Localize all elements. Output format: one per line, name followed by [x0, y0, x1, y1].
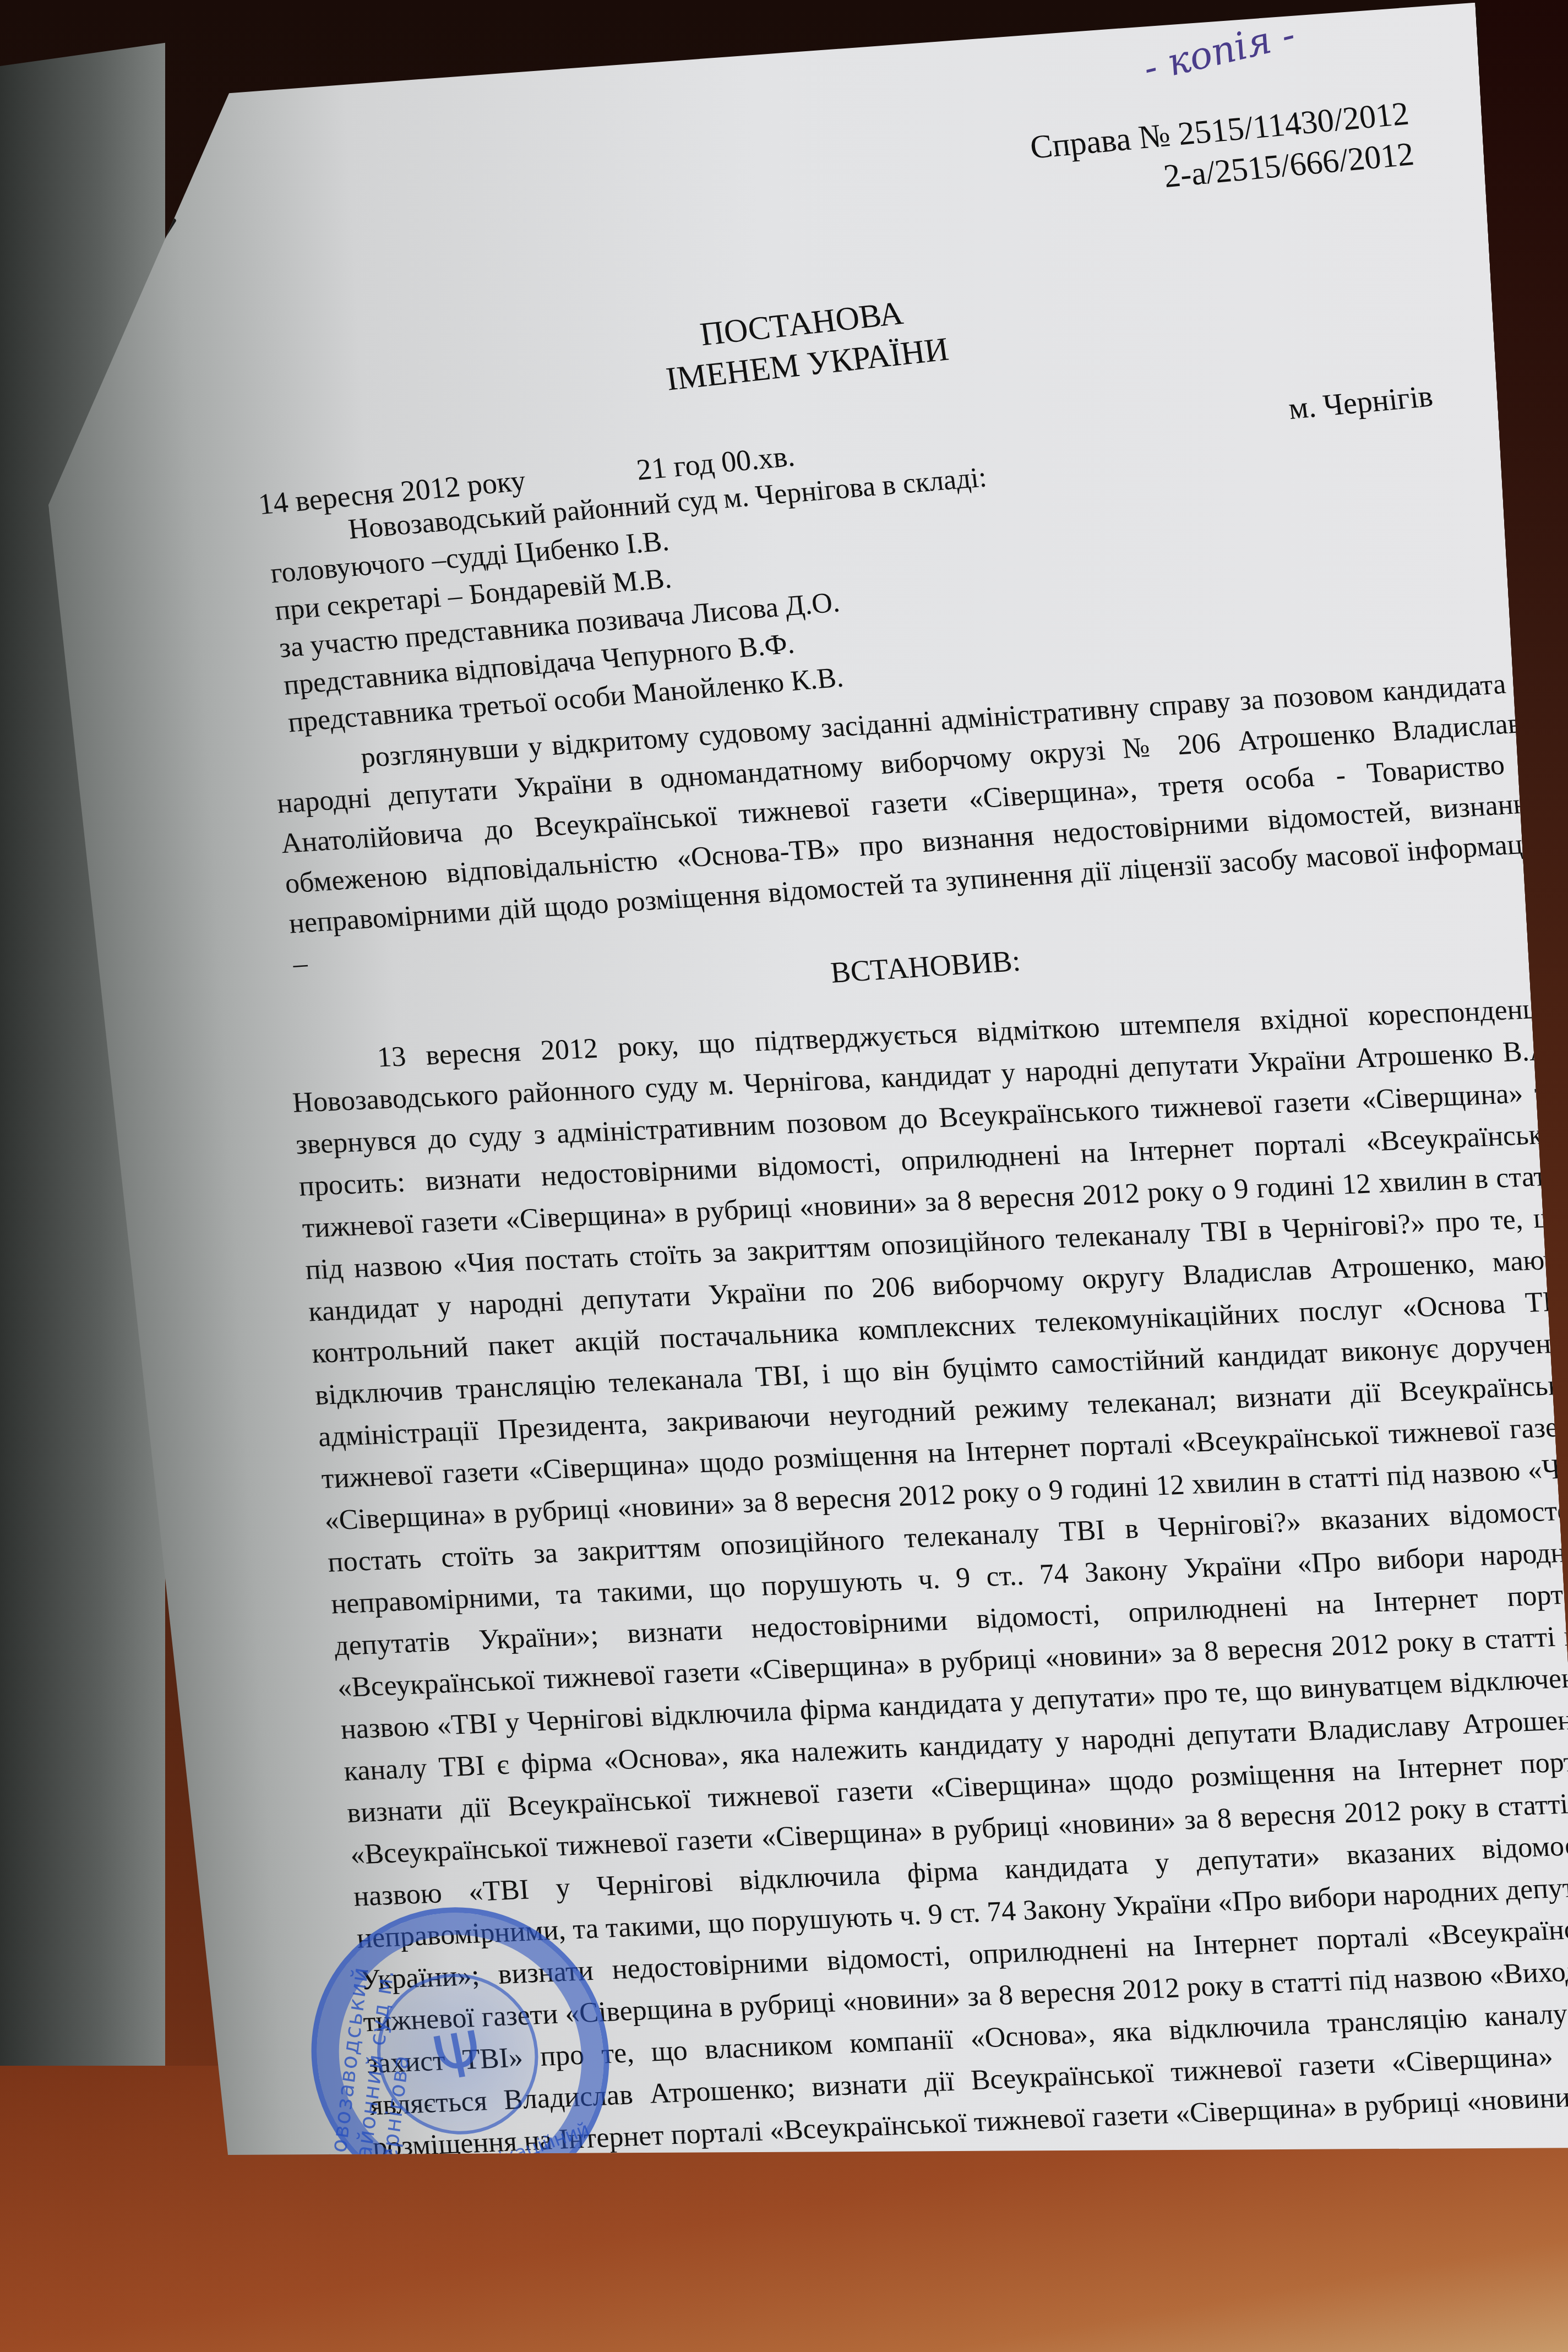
handwritten-copy-note: - копія - — [1139, 13, 1300, 90]
trident-emblem-icon: Ψ — [375, 2009, 541, 2103]
court-ruling-page: - копія - Справа № 2515/11430/2012 2-а/2… — [22, 3, 1568, 2179]
document-title-block: ПОСТАНОВА ІМЕНЕМ УКРАЇНИ — [658, 288, 951, 400]
case-number-block: Справа № 2515/11430/2012 2-а/2515/666/20… — [1028, 92, 1416, 208]
city: м. Чернігів — [1287, 378, 1435, 427]
